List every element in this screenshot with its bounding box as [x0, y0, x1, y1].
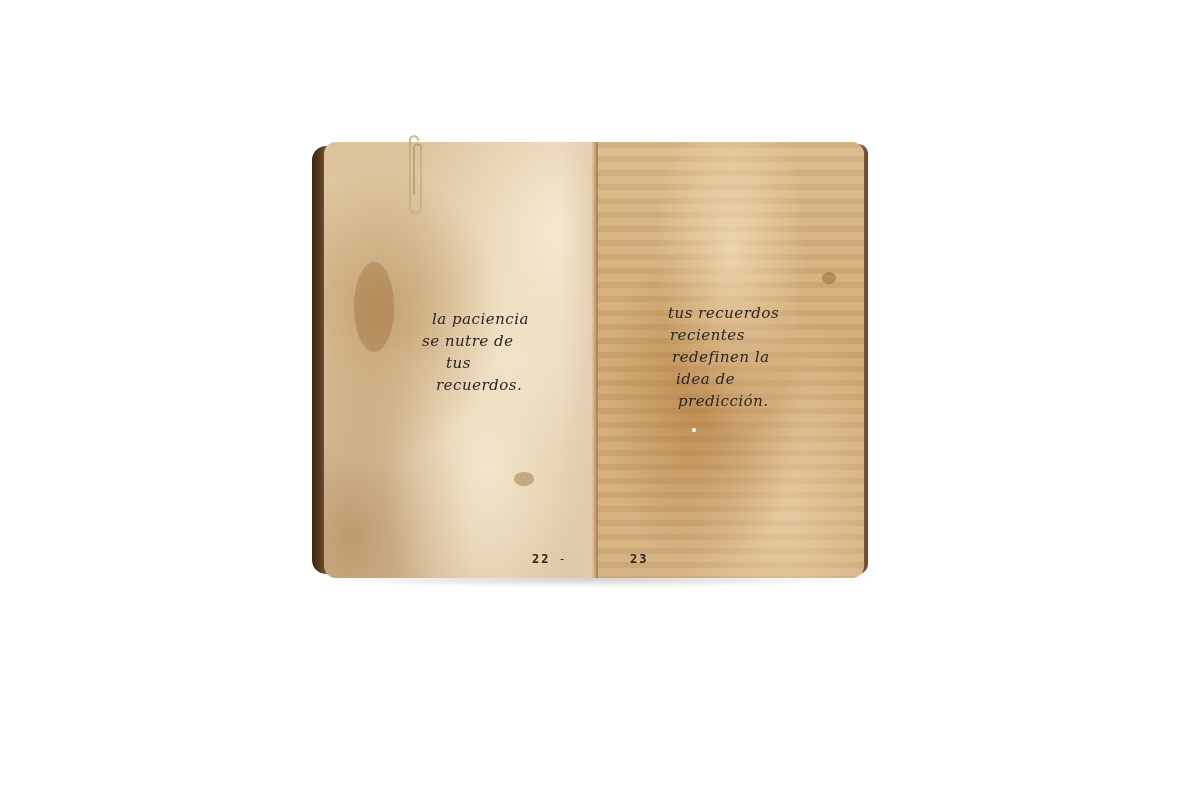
paperclip-icon [406, 134, 424, 218]
handwriting-line: tus recuerdos [668, 302, 838, 324]
stain [354, 262, 394, 352]
stain [822, 272, 836, 284]
page-number-value: 22 [532, 552, 550, 566]
handwritten-note-left: la paciencia se nutre de tus recuerdos. [422, 308, 562, 396]
handwriting-line: se nutre de [422, 330, 562, 352]
handwriting-line: redefinen la [668, 346, 838, 368]
handwriting-line: predicción. [668, 390, 838, 412]
open-notebook: la paciencia se nutre de tus recuerdos. … [312, 142, 864, 578]
handwriting-line: la paciencia [422, 308, 562, 330]
left-page: la paciencia se nutre de tus recuerdos. … [324, 142, 598, 578]
right-page: tus recuerdos recientes redefinen la ide… [598, 142, 864, 578]
handwriting-line: recientes [668, 324, 838, 346]
handwriting-line: idea de [668, 368, 838, 390]
handwriting-line: tus [422, 352, 562, 374]
page-number-right: 23 [630, 552, 648, 566]
handwritten-note-right: tus recuerdos recientes redefinen la ide… [668, 302, 838, 412]
handwriting-line: recuerdos. [422, 374, 562, 396]
paper-spot [692, 428, 696, 432]
gutter-flap [562, 142, 592, 578]
stain [514, 472, 534, 486]
